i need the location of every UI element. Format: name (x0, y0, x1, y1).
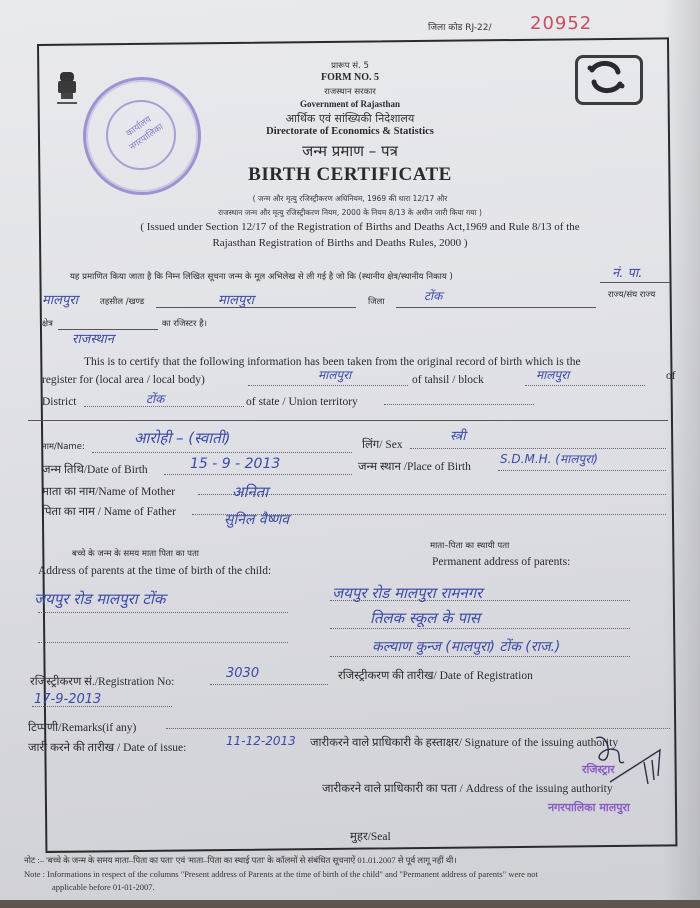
permanent-address-line-3: कल्याण कुन्ज (मालपुरा) टोंक (राज.) (372, 637, 560, 656)
district-label-hindi: जिला (368, 296, 384, 307)
dob-value: 15 - 9 - 2013 (190, 456, 280, 472)
district-label: District (42, 396, 77, 408)
government-english: Government of Rajasthan (0, 99, 700, 109)
signatory-stamp: रजिस्ट्रार (582, 762, 615, 777)
child-name-value: आरोही – (स्वाती) (134, 428, 230, 448)
mother-name-value: अनिता (232, 482, 268, 502)
register-suffix: का रजिस्टर है। (162, 318, 207, 329)
register-local-area-label: register for (local area / local body) (42, 374, 205, 386)
state-label-hindi: राज्य/संघ राज्य (608, 289, 655, 300)
authority-address-stamp: नगरपालिका मालपुरा (548, 800, 630, 815)
place-of-birth-value: S.D.M.H. (मालपुरा) (500, 450, 598, 467)
table-surface (0, 900, 700, 908)
state-ut-label: of state / Union territory (246, 396, 358, 408)
name-label: नाम/Name: (42, 440, 85, 452)
remarks-label: टिप्पणी/Remarks(if any) (28, 720, 136, 735)
form-number: FORM NO. 5 (0, 72, 700, 83)
note-english-2: applicable before 01-01-2007. (52, 882, 155, 892)
tahsil-block-label: of tahsil / block (412, 374, 484, 386)
permanent-address-label-hindi: माता–पिता का स्थायी पता (430, 540, 509, 551)
local-area-value: मालपुरा (318, 366, 351, 383)
state-value-hindi: राजस्थान (72, 329, 114, 347)
registration-date-label: रजिस्ट्रीकरण की तारीख/ Date of Registrat… (338, 668, 533, 683)
registration-date-value: 17-9-2013 (34, 692, 101, 707)
tehsil-label: तहसील /खण्ड (100, 296, 144, 307)
district-code: जिला कोड RJ-22/ (428, 20, 492, 33)
district-value-hindi: टोंक (424, 287, 442, 304)
local-body-value: नं. पा. (612, 263, 642, 281)
birth-address-label-hindi: बच्चे के जन्म के समय माता पिता का पता (72, 548, 199, 559)
tehsil-prefix-value: मालपुरा (42, 290, 78, 308)
issued-under-hindi-2: राजस्थान जन्म और मृत्यु रजिस्ट्रीकरण निय… (0, 208, 700, 218)
directorate-english: Directorate of Economics & Statistics (0, 126, 700, 137)
permanent-address-label: Permanent address of parents: (432, 556, 570, 568)
birth-address-value: जयपुर रोड मालपुरा टोंक (34, 589, 165, 609)
registration-no-value: 3030 (226, 666, 259, 681)
registration-no-label: रजिस्ट्रीकरण सं./Registration No: (30, 674, 174, 689)
block-value: मालपुरा (536, 366, 569, 383)
hindi-intro: यह प्रमाणित किया जाता है कि निम्न लिखित … (70, 271, 453, 282)
directorate-hindi: आर्थिक एवं सांख्यिकी निदेशालय (0, 111, 700, 126)
birth-address-label: Address of parents at the time of birth … (38, 565, 271, 577)
tehsil-value: मालपुरा (218, 290, 254, 308)
district-value: टोंक (146, 390, 164, 407)
sex-label: लिंग/ Sex (362, 437, 403, 452)
issued-under-english-1: ( Issued under Section 12/17 of the Regi… (10, 221, 700, 233)
certificate-title: BIRTH CERTIFICATE (0, 164, 700, 186)
signature-label: जारीकरने वाले प्राधिकारी के हस्ताक्षर/ S… (310, 735, 618, 750)
serial-number: 20952 (530, 13, 592, 34)
dob-label: जन्म तिथि/Date of Birth (42, 462, 148, 477)
of-label: of (666, 370, 676, 382)
date-of-issue-label: जारी करने की तारीख / Date of issue: (28, 740, 186, 755)
father-name-label: पिता का नाम / Name of Father (42, 504, 176, 519)
title-hindi: जन्म प्रमाण – पत्र (0, 141, 700, 161)
form-number-hindi: प्रारूप सं. 5 (0, 60, 700, 71)
place-of-birth-label: जन्म स्थान /Place of Birth (358, 459, 471, 474)
area-label: क्षेत्र (42, 318, 53, 329)
permanent-address-line-2: तिलक स्कूल के पास (370, 608, 480, 628)
note-english-1: Note : Informations in respect of the co… (24, 869, 538, 879)
mother-name-label: माता का नाम/Name of Mother (42, 484, 175, 499)
issued-under-english-2: Rajasthan Registration of Births and Dea… (0, 237, 690, 249)
government-hindi: राजस्थान सरकार (0, 86, 700, 97)
date-of-issue-value: 11-12-2013 (226, 734, 296, 748)
authority-address-label: जारीकरने वाले प्राधिकारी का पता / Addres… (322, 781, 613, 796)
father-name-value: सुनिल वैष्णव (224, 510, 289, 529)
seal-label: मुहर/Seal (350, 829, 391, 844)
note-hindi: नोट :– 'बच्चे के जन्म के समय माता–पिता क… (24, 855, 457, 866)
issued-under-hindi-1: ( जन्म और मृत्यु रजिस्ट्रीकरण अधिनियम, 1… (0, 194, 700, 204)
sex-value: स्त्री (450, 426, 466, 444)
